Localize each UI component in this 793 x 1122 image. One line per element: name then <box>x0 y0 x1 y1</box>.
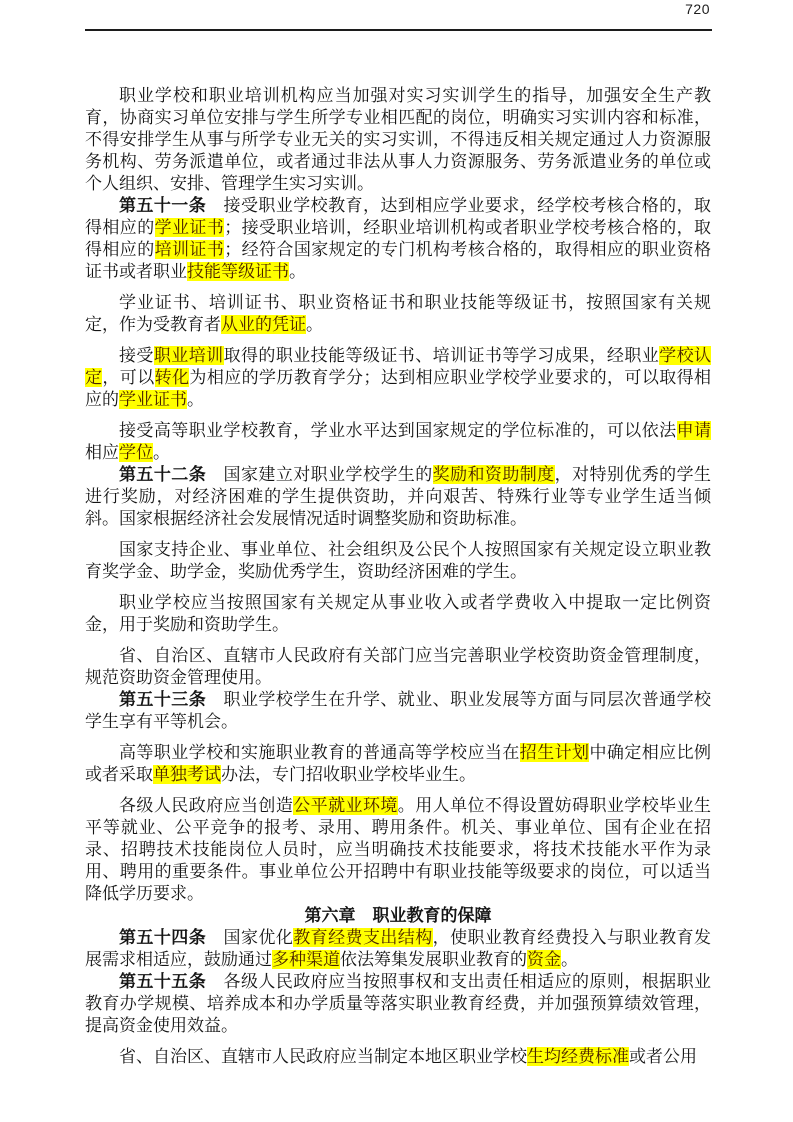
article-number: 第六章 职业教育的保障 <box>305 906 492 925</box>
text-run: 。 <box>153 443 170 462</box>
text-run: 职业学校应当按照国家有关规定从事业收入或者学费收入中提取一定比例资金，用于奖励和… <box>85 593 711 634</box>
document-page: 720 职业学校和职业培训机构应当加强对实习实训学生的指导，加强安全生产教育，协… <box>0 0 793 1122</box>
header-rule <box>85 29 712 31</box>
article-number: 第五十三条 <box>119 690 206 709</box>
text-run: 接受高等职业学校教育，学业水平达到国家规定的学位标准的，可以依法 <box>119 421 677 440</box>
highlighted-text: 从业的凭证 <box>221 315 306 334</box>
highlighted-text: 技能等级证书 <box>187 262 289 281</box>
body-paragraph: 省、自治区、直辖市人民政府应当制定本地区职业学校生均经费标准或者公用 <box>85 1046 711 1068</box>
article-paragraph: 第五十一条 接受职业学校教育，达到相应学业要求，经学校考核合格的，取得相应的学业… <box>85 195 711 283</box>
text-run: 省、自治区、直辖市人民政府有关部门应当完善职业学校资助资金管理制度，规范资助资金… <box>85 646 711 687</box>
text-run: 。 <box>561 950 578 969</box>
article-number: 第五十五条 <box>119 972 206 991</box>
text-run: 接受 <box>119 346 154 365</box>
body-paragraph: 接受职业培训取得的职业技能等级证书、培训证书等学习成果，经职业学校认定，可以转化… <box>85 345 711 411</box>
highlighted-text: 培训证书 <box>155 240 225 259</box>
body-paragraph: 职业学校和职业培训机构应当加强对实习实训学生的指导，加强安全生产教育，协商实习单… <box>85 85 711 195</box>
text-run: 取得的职业技能等级证书、培训证书等学习成果，经职业 <box>224 346 660 365</box>
text-run: 。 <box>289 262 306 281</box>
text-run: 或者公用 <box>629 1047 697 1066</box>
highlighted-text: 职业培训 <box>154 346 224 365</box>
highlighted-text: 招生计划 <box>520 743 590 762</box>
page-header: 720 <box>85 1 710 19</box>
highlighted-text: 学业证书 <box>155 218 225 237</box>
text-run: 职业学校和职业培训机构应当加强对实习实训学生的指导，加强安全生产教育，协商实习单… <box>85 86 711 193</box>
highlighted-text: 学位 <box>119 443 153 462</box>
body-paragraph: 国家支持企业、事业单位、社会组织及公民个人按照国家有关规定设立职业教育奖学金、助… <box>85 539 711 583</box>
document-content: 职业学校和职业培训机构应当加强对实习实训学生的指导，加强安全生产教育，协商实习单… <box>85 85 711 1068</box>
highlighted-text: 公平就业环境 <box>293 796 398 815</box>
text-run: 相应 <box>85 443 119 462</box>
text-run: 国家优化 <box>206 928 293 947</box>
body-paragraph: 高等职业学校和实施职业教育的普通高等学校应当在招生计划中确定相应比例或者采取单独… <box>85 742 711 786</box>
text-run: 。 <box>187 390 204 409</box>
highlighted-text: 单独考试 <box>153 765 221 784</box>
highlighted-text: 生均经费标准 <box>527 1047 629 1066</box>
page-number: 720 <box>685 1 710 17</box>
highlighted-text: 奖励和资助制度 <box>433 465 555 484</box>
article-paragraph: 第五十三条 职业学校学生在升学、就业、职业发展等方面与同层次普通学校学生享有平等… <box>85 689 711 733</box>
body-paragraph: 学业证书、培训证书、职业资格证书和职业技能等级证书，按照国家有关规定，作为受教育… <box>85 292 711 336</box>
text-run: 省、自治区、直辖市人民政府应当制定本地区职业学校 <box>119 1047 527 1066</box>
text-run: 。 <box>306 315 323 334</box>
article-paragraph: 第五十二条 国家建立对职业学校学生的奖励和资助制度，对特别优秀的学生进行奖励，对… <box>85 464 711 530</box>
body-paragraph: 各级人民政府应当创造公平就业环境。用人单位不得设置妨碍职业学校毕业生平等就业、公… <box>85 795 711 905</box>
article-paragraph: 第五十四条 国家优化教育经费支出结构，使职业教育经费投入与职业教育发展需求相适应… <box>85 927 711 971</box>
text-run: 各级人民政府应当创造 <box>119 796 293 815</box>
highlighted-text: 转化 <box>155 368 190 387</box>
text-run: 高等职业学校和实施职业教育的普通高等学校应当在 <box>119 743 520 762</box>
text-run: 国家建立对职业学校学生的 <box>206 465 433 484</box>
body-paragraph: 省、自治区、直辖市人民政府有关部门应当完善职业学校资助资金管理制度，规范资助资金… <box>85 645 711 689</box>
text-run: 学业证书、培训证书、职业资格证书和职业技能等级证书，按照国家有关规定，作为受教育… <box>85 293 711 334</box>
article-paragraph: 第五十五条 各级人民政府应当按照事权和支出责任相适应的原则，根据职业教育办学规模… <box>85 971 711 1037</box>
body-paragraph: 接受高等职业学校教育，学业水平达到国家规定的学位标准的，可以依法申请相应学位。 <box>85 420 711 464</box>
body-paragraph: 职业学校应当按照国家有关规定从事业收入或者学费收入中提取一定比例资金，用于奖励和… <box>85 592 711 636</box>
highlighted-text: 学业证书 <box>119 390 187 409</box>
article-number: 第五十一条 <box>119 196 206 215</box>
chapter-heading: 第六章 职业教育的保障 <box>85 905 711 927</box>
article-number: 第五十四条 <box>119 928 206 947</box>
article-number: 第五十二条 <box>119 465 206 484</box>
text-run: 依法筹集发展职业教育的 <box>340 950 527 969</box>
highlighted-text: 资金 <box>527 950 561 969</box>
text-run: 办法，专门招收职业学校毕业生。 <box>221 765 476 784</box>
text-run: 国家支持企业、事业单位、社会组织及公民个人按照国家有关规定设立职业教育奖学金、助… <box>85 540 711 581</box>
highlighted-text: 多种渠道 <box>272 950 340 969</box>
text-run: ，可以 <box>102 368 154 387</box>
highlighted-text: 教育经费支出结构 <box>293 928 432 947</box>
highlighted-text: 申请 <box>677 421 711 440</box>
